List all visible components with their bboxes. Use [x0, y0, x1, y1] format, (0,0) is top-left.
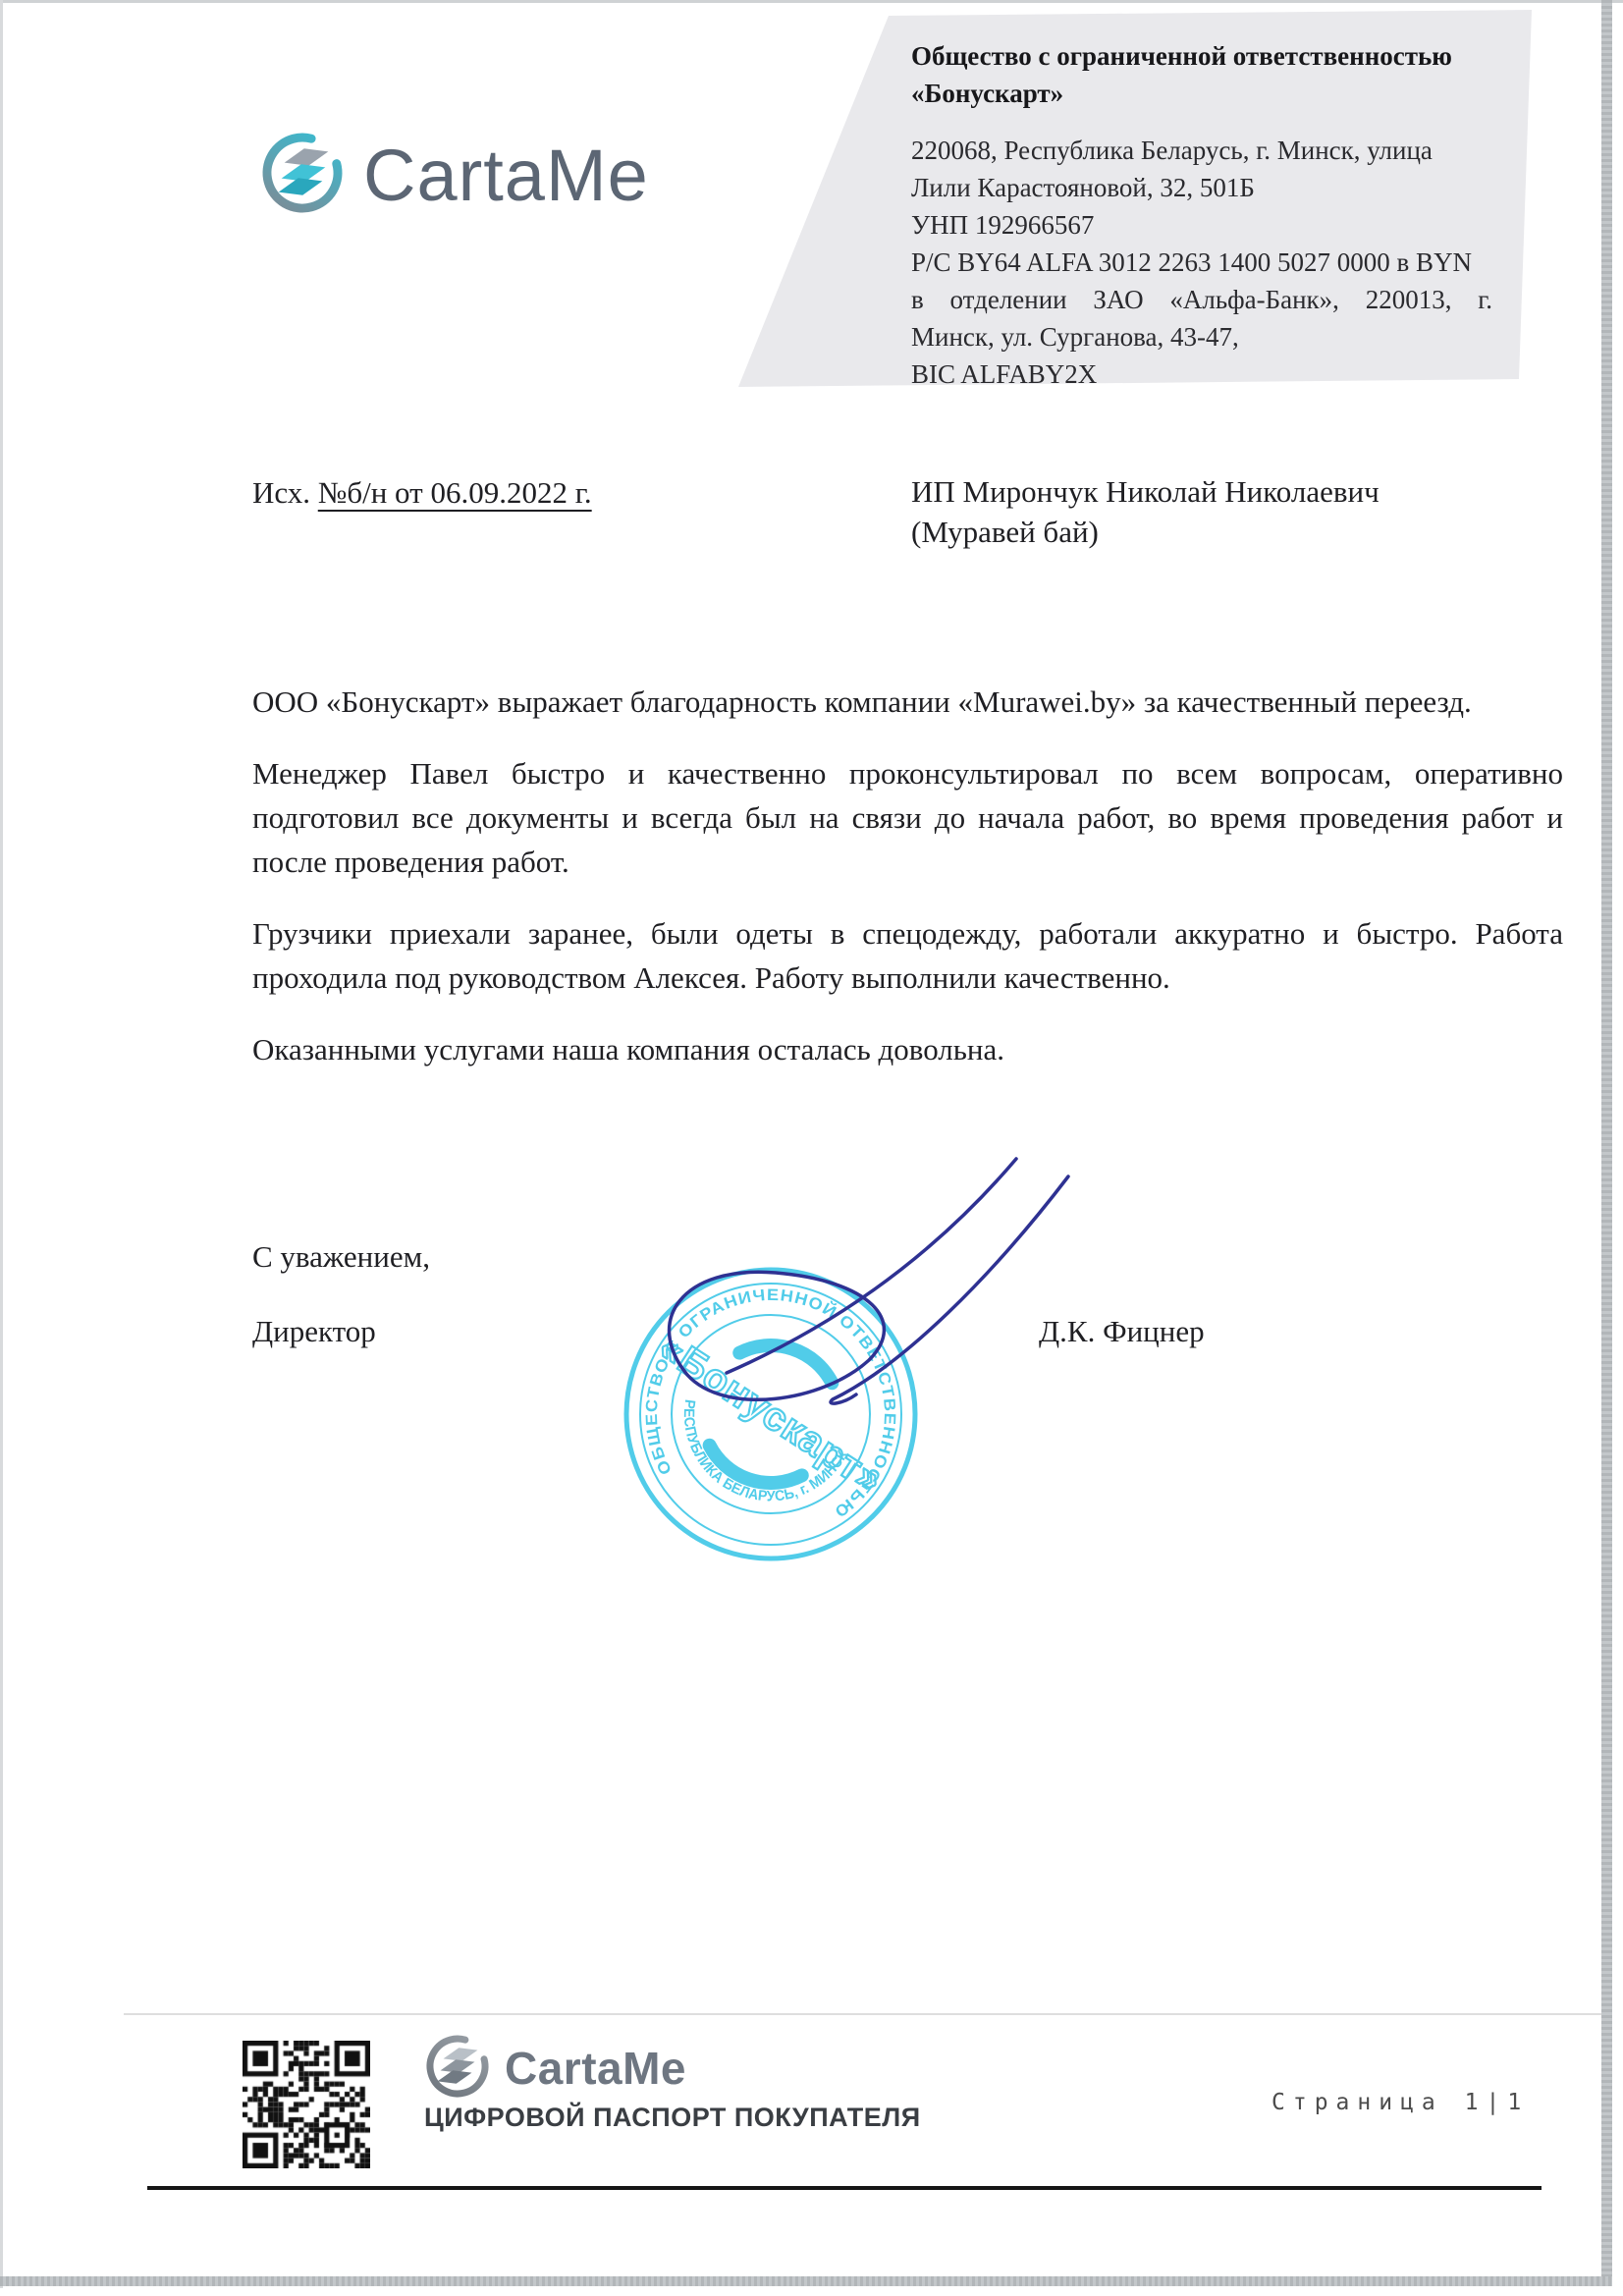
company-requisites: Общество с ограниченной ответственностью…	[911, 37, 1492, 393]
addressee-company: (Муравей бай)	[911, 512, 1380, 552]
scan-edge-top	[0, 0, 1623, 3]
header-logo: CartaMe	[257, 126, 649, 224]
outgoing-ref: Исх. №б/н от 06.09.2022 г.	[252, 475, 592, 511]
company-bic-line: BIC ALFABY2X	[911, 355, 1492, 393]
paragraph: ООО «Бонускарт» выражает благодарность к…	[252, 680, 1563, 724]
addressee-name: ИП Мирончук Николай Николаевич	[911, 471, 1380, 512]
company-name-line: Общество с ограниченной ответственностью	[911, 37, 1492, 75]
paragraph: Оказанными услугами наша компания остала…	[252, 1027, 1563, 1071]
page-number-label: Страница 1|1	[1271, 2090, 1529, 2115]
paragraph: Менеджер Павел быстро и качественно прок…	[252, 751, 1563, 884]
signer-role: Директор	[252, 1314, 376, 1349]
company-account-line: Р/С BY64 ALFA 3012 2263 1400 5027 0000 в…	[911, 244, 1492, 281]
ref-prefix: Исх.	[252, 475, 318, 510]
ref-number: №б/н от 06.09.2022 г.	[318, 475, 592, 510]
paragraph: Грузчики приехали заранее, были одеты в …	[252, 911, 1563, 1000]
scan-edge-left	[0, 0, 3, 2288]
scan-edge-right	[1601, 0, 1612, 2286]
footer-rule	[147, 2186, 1542, 2190]
footer-hairline	[124, 2013, 1608, 2015]
cartame-logo-icon	[422, 2031, 493, 2106]
letter-body: ООО «Бонускарт» выражает благодарность к…	[252, 680, 1563, 1099]
footer-cartame-wordmark: CartaMe	[505, 2042, 686, 2095]
cartame-logo-icon	[257, 128, 348, 223]
company-unp-line: УНП 192966567	[911, 206, 1492, 244]
company-name-line: «Бонускарт»	[911, 75, 1492, 112]
signature	[619, 1129, 1109, 1453]
addressee-block: ИП Мирончук Николай Николаевич (Муравей …	[911, 471, 1380, 552]
scanned-letter-page: CartaMe Общество с ограниченной ответств…	[0, 0, 1623, 2296]
qr-code	[243, 2041, 370, 2168]
company-address-line: 220068, Республика Беларусь, г. Минск, у…	[911, 132, 1492, 169]
footer-caption: ЦИФРОВОЙ ПАСПОРТ ПОКУПАТЕЛЯ	[424, 2103, 921, 2133]
footer-logo: CartaMe	[422, 2033, 686, 2104]
company-address-line: Лили Карастояновой, 32, 501Б	[911, 169, 1492, 206]
scan-edge-bottom	[0, 2276, 1612, 2286]
company-bank-line: Минск, ул. Сурганова, 43-47,	[911, 318, 1492, 355]
salutation: С уважением,	[252, 1239, 430, 1275]
company-bank-line: в отделении ЗАО «Альфа-Банк», 220013, г.	[911, 281, 1492, 318]
cartame-wordmark: CartaMe	[363, 134, 649, 217]
